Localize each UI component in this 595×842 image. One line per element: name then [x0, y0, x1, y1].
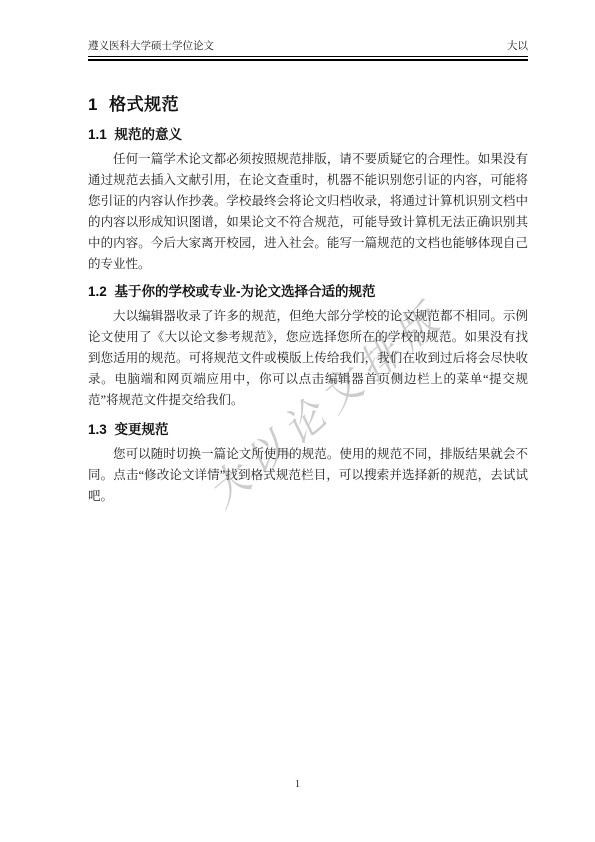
header-right-text: 大以 [507, 40, 528, 54]
document-page: 遵义医科大学硕士学位论文 大以 1 格式规范 1.1 规范的意义 任何一篇学术论… [0, 0, 595, 842]
header-rule [88, 56, 528, 61]
section-1-3: 1.3 变更规范 您可以随时切换一篇论文所使用的规范。使用的规范不同，排版结果就… [88, 421, 528, 507]
chapter-title: 1 格式规范 [88, 94, 528, 116]
page-number: 1 [0, 778, 595, 792]
section-paragraph: 任何一篇学术论文都必须按照规范排版，请不要质疑它的合理性。如果没有通过规范去插入… [88, 149, 528, 275]
section-paragraph: 大以编辑器收录了许多的规范，但绝大部分学校的论文规范都不相同。示例论文使用了《大… [88, 306, 528, 411]
section-paragraph: 您可以随时切换一篇论文所使用的规范。使用的规范不同，排版结果就会不同。点击“修改… [88, 444, 528, 507]
section-heading-1-3: 1.3 变更规范 [88, 421, 528, 439]
header-left-text: 遵义医科大学硕士学位论文 [88, 40, 214, 54]
section-heading-1-1: 1.1 规范的意义 [88, 126, 528, 144]
section-1-2: 1.2 基于你的学校或专业-为论文选择合适的规范 大以编辑器收录了许多的规范，但… [88, 283, 528, 411]
page-content: 遵义医科大学硕士学位论文 大以 1 格式规范 1.1 规范的意义 任何一篇学术论… [88, 40, 528, 507]
section-1-1: 1.1 规范的意义 任何一篇学术论文都必须按照规范排版，请不要质疑它的合理性。如… [88, 126, 528, 275]
page-header: 遵义医科大学硕士学位论文 大以 [88, 40, 528, 54]
section-heading-1-2: 1.2 基于你的学校或专业-为论文选择合适的规范 [88, 283, 528, 301]
